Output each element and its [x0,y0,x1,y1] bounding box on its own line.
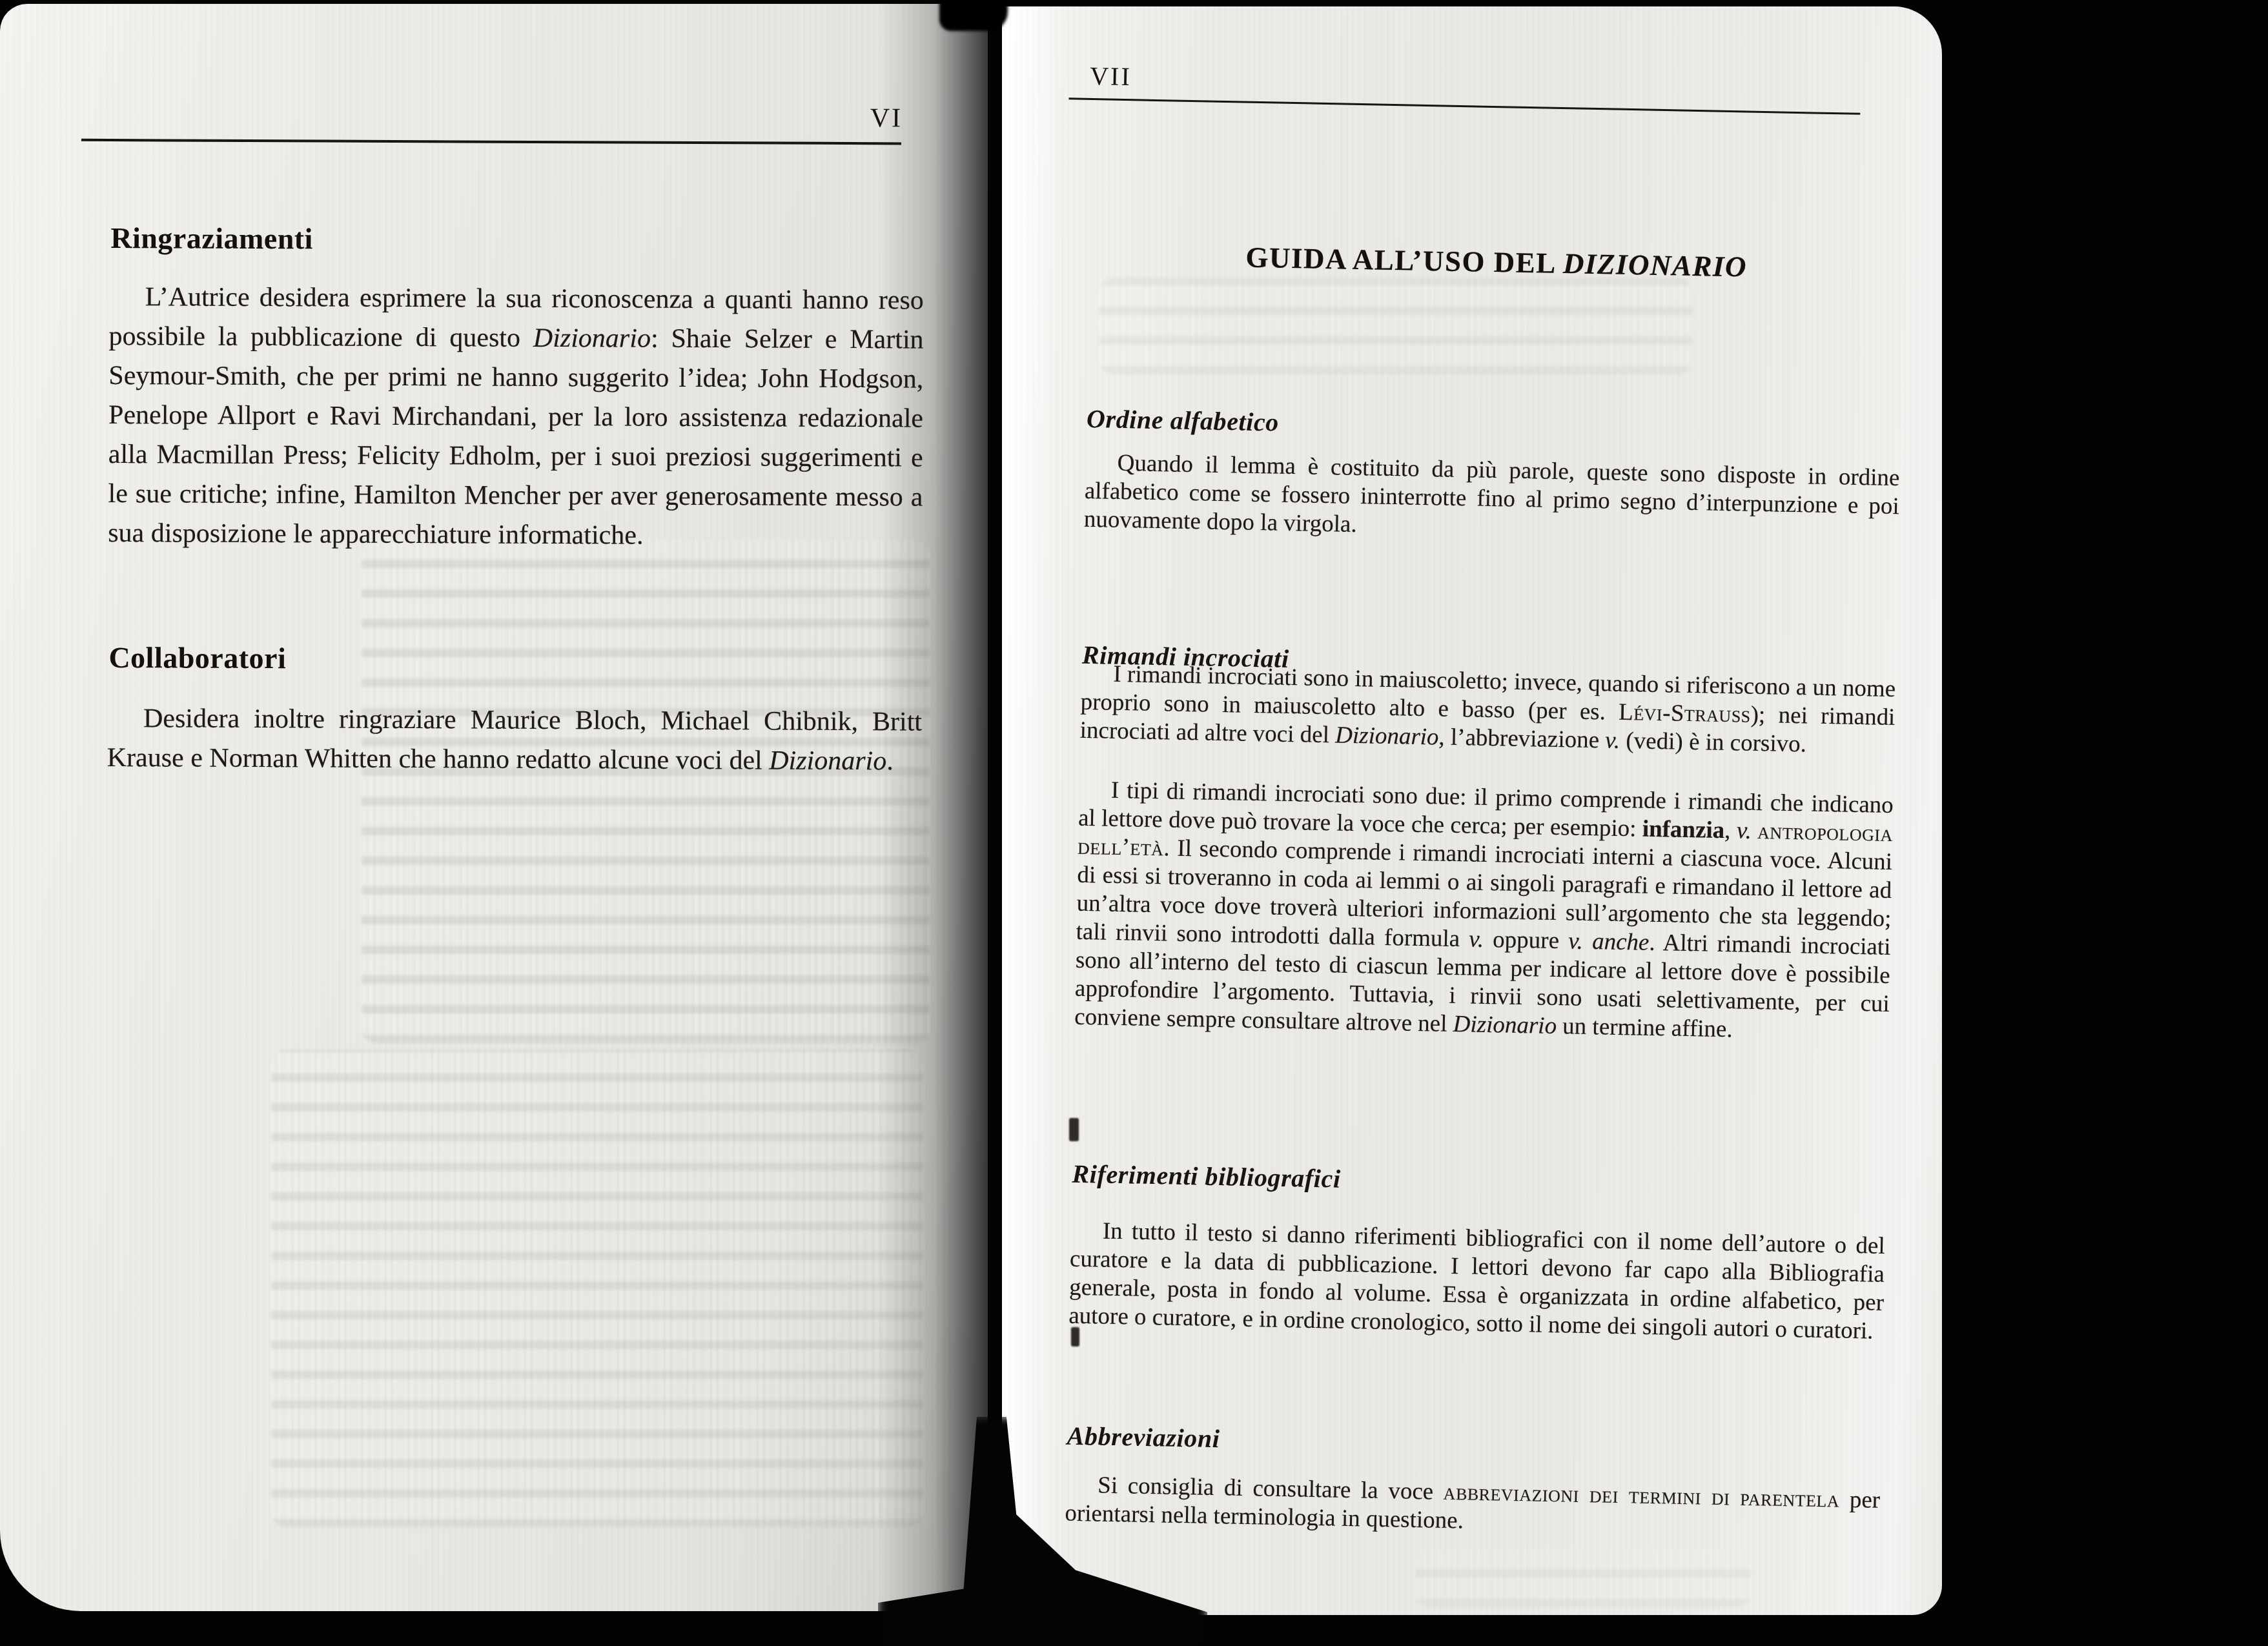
spine-top-shadow [939,0,1008,31]
right-header-rule [1069,97,1861,115]
guide-title: GUIDA ALL’USO DEL DIZIONARIO [1088,238,1904,287]
paragraph-riferimenti: In tutto il testo si danno riferimenti b… [1068,1217,1885,1346]
right-page: VII GUIDA ALL’USO DEL DIZIONARIO Ordine … [1002,6,1942,1615]
paragraph-rimandi-1: I rimandi incrociati sono in maiuscolett… [1079,660,1895,760]
heading-collaboratori: Collaboratori [108,640,286,675]
left-page-number: VI [832,103,903,134]
left-page: VI Ringraziamenti L’Autrice desidera esp… [0,4,988,1611]
left-header-rule [81,139,901,145]
paragraph-ringraziamenti: L’Autrice desidera esprimere la sua rico… [108,278,924,557]
left-page-content: VI Ringraziamenti L’Autrice desidera esp… [0,4,988,1611]
heading-ringraziamenti: Ringraziamenti [110,221,313,256]
heading-riferimenti-bibliografici: Riferimenti bibliografici [1072,1159,1341,1194]
book-scan: VI Ringraziamenti L’Autrice desidera esp… [0,0,2268,1646]
ink-speck [1069,1118,1079,1141]
paragraph-ordine-alfabetico: Quando il lemma è costituito da più paro… [1084,449,1900,549]
paragraph-collaboratori: Desidera inoltre ringraziare Maurice Blo… [107,699,923,782]
right-page-number: VII [1090,61,1132,92]
right-page-content: VII GUIDA ALL’USO DEL DIZIONARIO Ordine … [1002,6,1942,1615]
paragraph-rimandi-2: I tipi di rimandi incrociati sono due: i… [1074,776,1894,1047]
ink-speck [1071,1327,1079,1346]
heading-ordine-alfabetico: Ordine alfabetico [1087,403,1280,438]
heading-abbreviazioni: Abbreviazioni [1067,1421,1220,1454]
paragraph-abbreviazioni: Si consiglia di consultare la voce abbre… [1065,1471,1880,1543]
